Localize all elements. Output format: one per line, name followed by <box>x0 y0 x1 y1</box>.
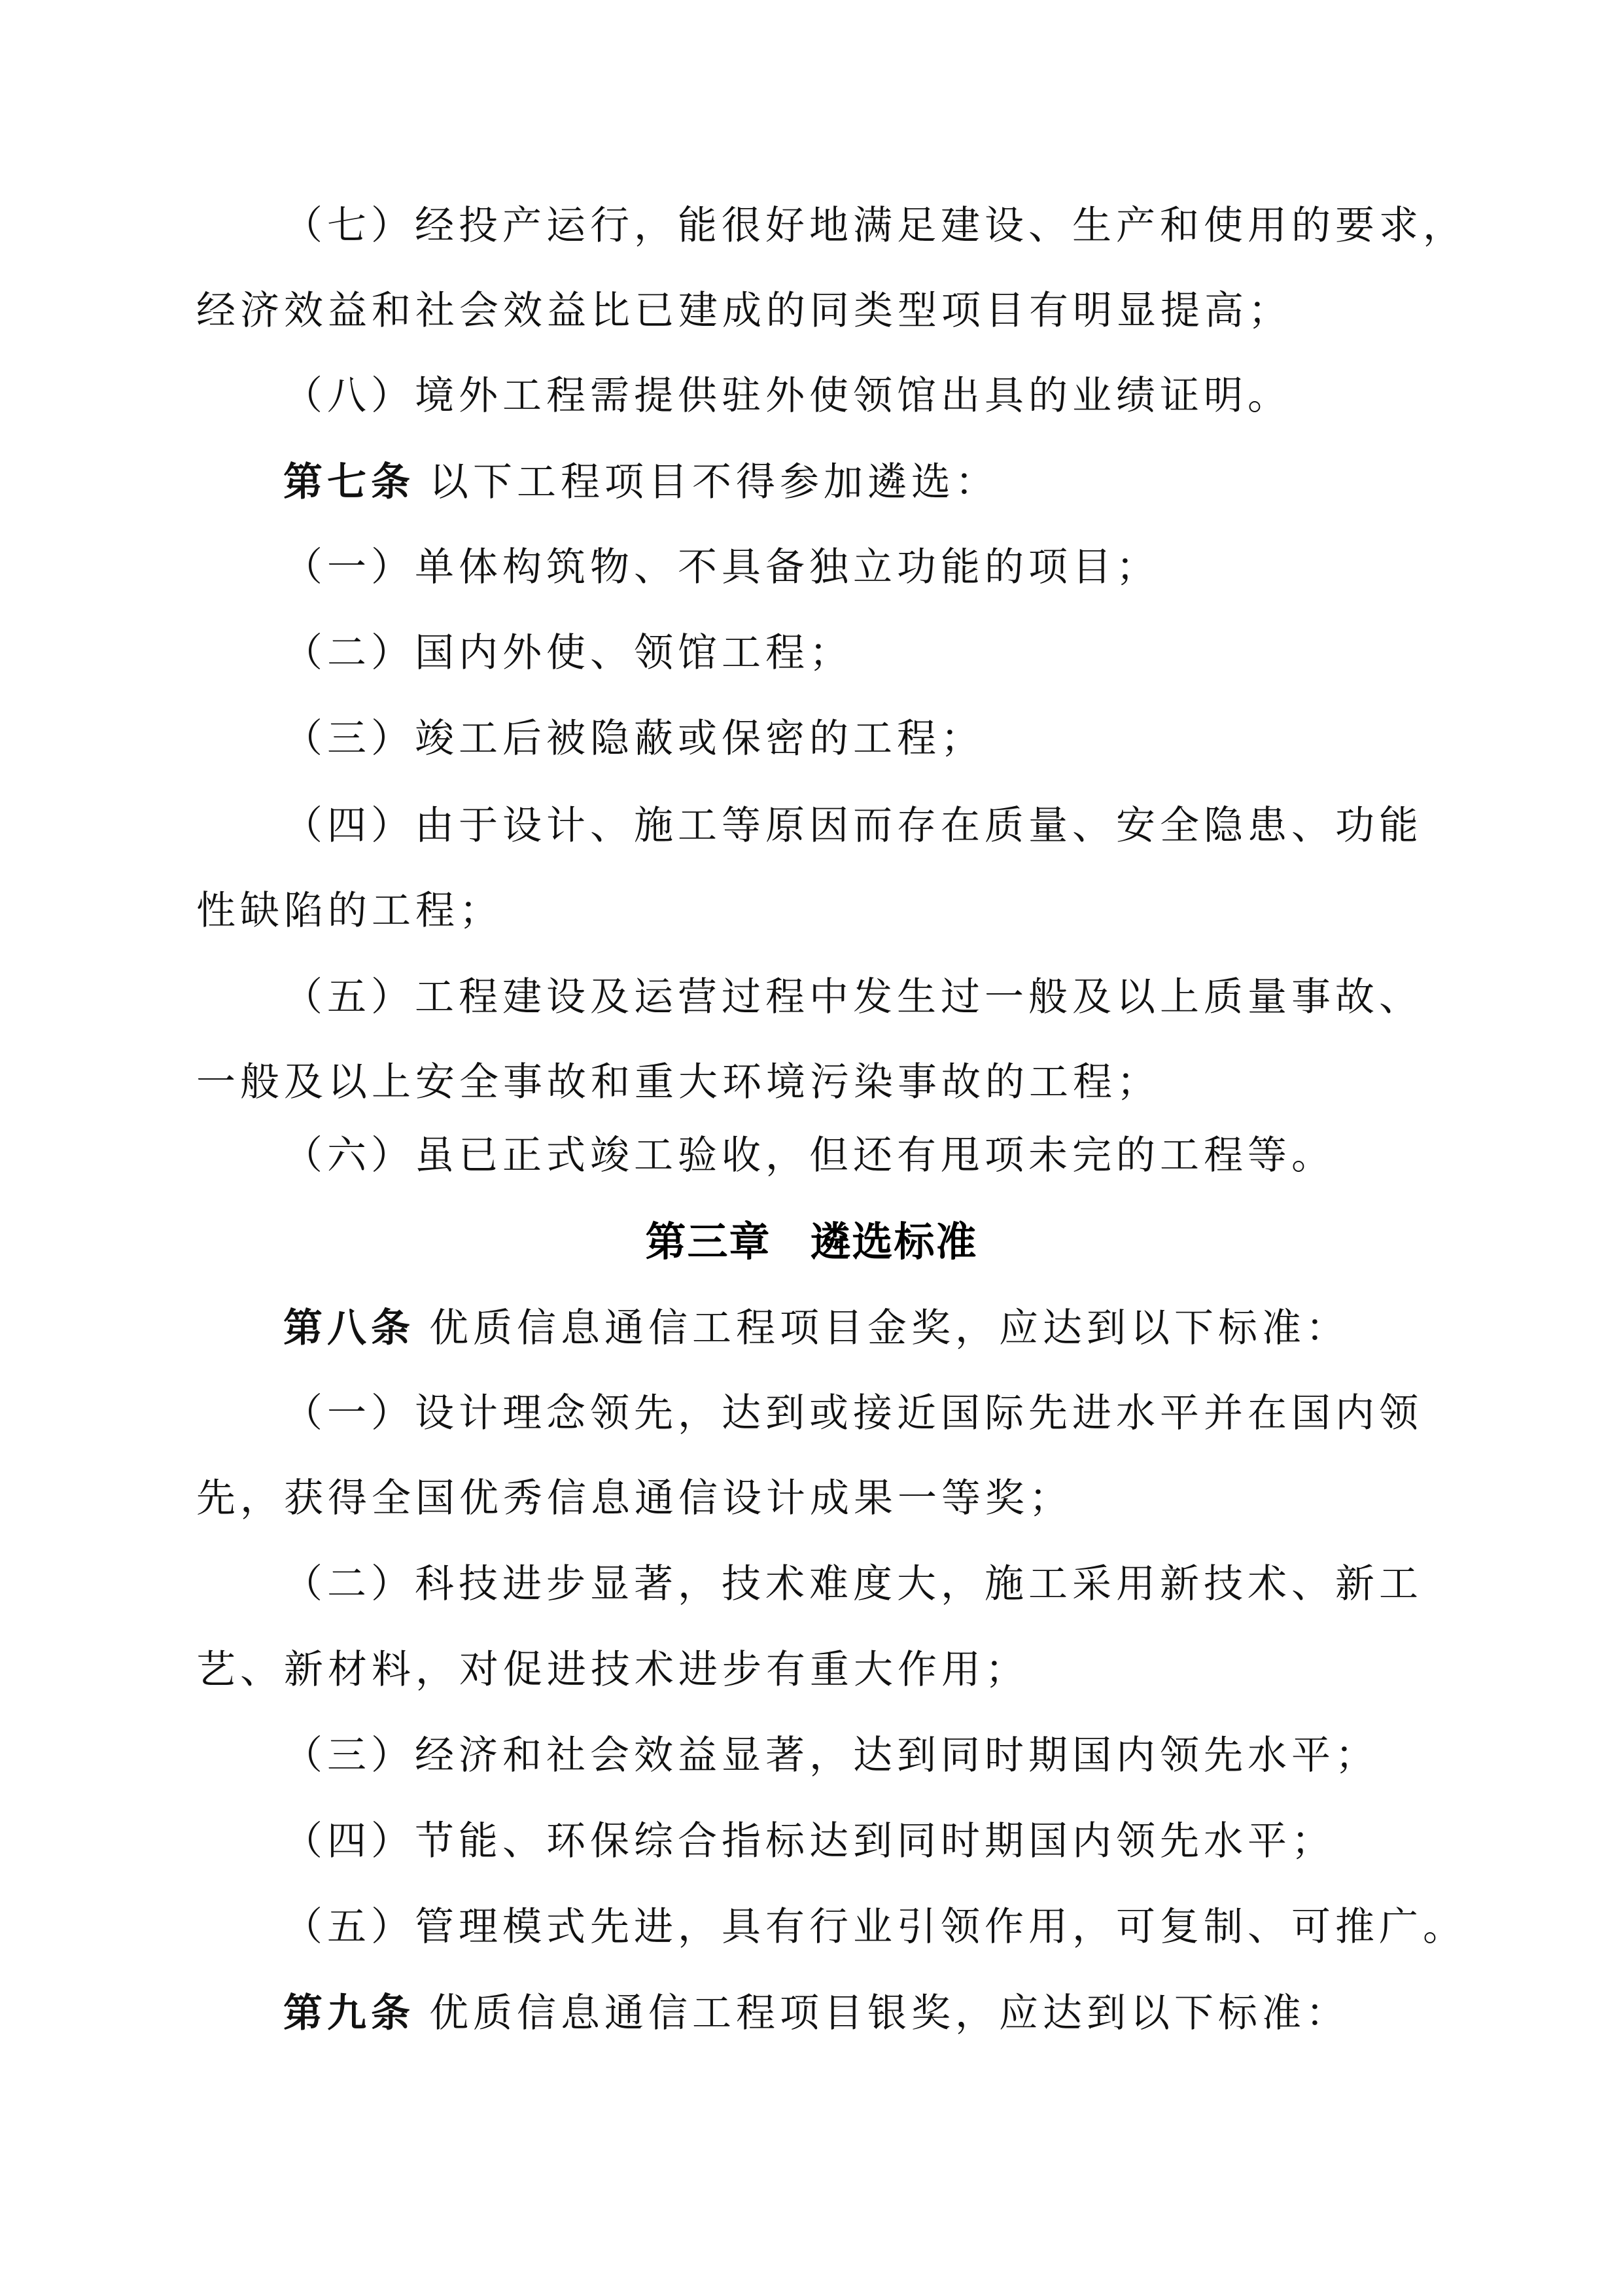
article-8-item-2: （二）科技进步显著，技术难度大，施工采用新技术、新工 <box>283 1558 1520 1610</box>
document-page: （七）经投产运行，能很好地满足建设、生产和使用的要求， 经济效益和社会效益比已建… <box>0 0 1623 2296</box>
article-8-text: 优质信息通信工程项目金奖，应达到以下标准： <box>429 1305 1350 1351</box>
article-8-item-4: （四）节能、环保综合指标达到同时期国内领先水平； <box>283 1815 1520 1867</box>
article-8-item-1: （一）设计理念领先，达到或接近国际先进水平并在国内领 <box>283 1387 1520 1439</box>
article-9: 第九条优质信息通信工程项目银奖，应达到以下标准： <box>283 1987 1520 2040</box>
article-7-number: 第七条 <box>283 459 415 505</box>
article-7: 第七条以下工程项目不得参加遴选： <box>283 456 1520 508</box>
article-8-item-3: （三）经济和社会效益显著，达到同时期国内领先水平； <box>283 1729 1520 1782</box>
article-7-item-2: （二）国内外使、领馆工程； <box>283 627 1520 679</box>
article-7-item-5-cont: 一般及以上安全事故和重大环境污染事故的工程； <box>196 1056 1433 1108</box>
article-8-item-5: （五）管理模式先进，具有行业引领作用，可复制、可推广。 <box>283 1901 1520 1953</box>
article-7-item-5: （五）工程建设及运营过程中发生过一般及以上质量事故、 <box>283 971 1520 1023</box>
article-8-item-1-cont: 先，获得全国优秀信息通信设计成果一等奖； <box>196 1472 1433 1525</box>
paragraph-item-8: （八）境外工程需提供驻外使领馆出具的业绩证明。 <box>283 370 1520 422</box>
article-8-number: 第八条 <box>283 1305 415 1351</box>
chapter-number: 第三章 <box>645 1218 771 1265</box>
article-8-item-2-cont: 艺、新材料，对促进技术进步有重大作用； <box>196 1644 1433 1696</box>
chapter-heading: 第三章遴选标准 <box>0 1216 1623 1268</box>
article-7-item-6: （六）虽已正式竣工验收，但还有甩项未完的工程等。 <box>283 1129 1520 1182</box>
article-7-item-3: （三）竣工后被隐蔽或保密的工程； <box>283 713 1520 765</box>
article-7-text: 以下工程项目不得参加遴选： <box>429 459 999 505</box>
article-9-text: 优质信息通信工程项目银奖，应达到以下标准： <box>429 1990 1350 2036</box>
article-7-item-4: （四）由于设计、施工等原因而存在质量、安全隐患、功能 <box>283 800 1520 852</box>
article-7-item-1: （一）单体构筑物、不具备独立功能的项目； <box>283 541 1520 593</box>
paragraph-item-7: （七）经投产运行，能很好地满足建设、生产和使用的要求， <box>283 200 1520 252</box>
article-7-item-4-cont: 性缺陷的工程； <box>196 885 1433 937</box>
article-8: 第八条优质信息通信工程项目金奖，应达到以下标准： <box>283 1302 1520 1354</box>
chapter-title: 遴选标准 <box>811 1218 978 1265</box>
article-9-number: 第九条 <box>283 1990 415 2036</box>
paragraph-item-7-cont: 经济效益和社会效益比已建成的同类型项目有明显提高； <box>196 285 1433 337</box>
